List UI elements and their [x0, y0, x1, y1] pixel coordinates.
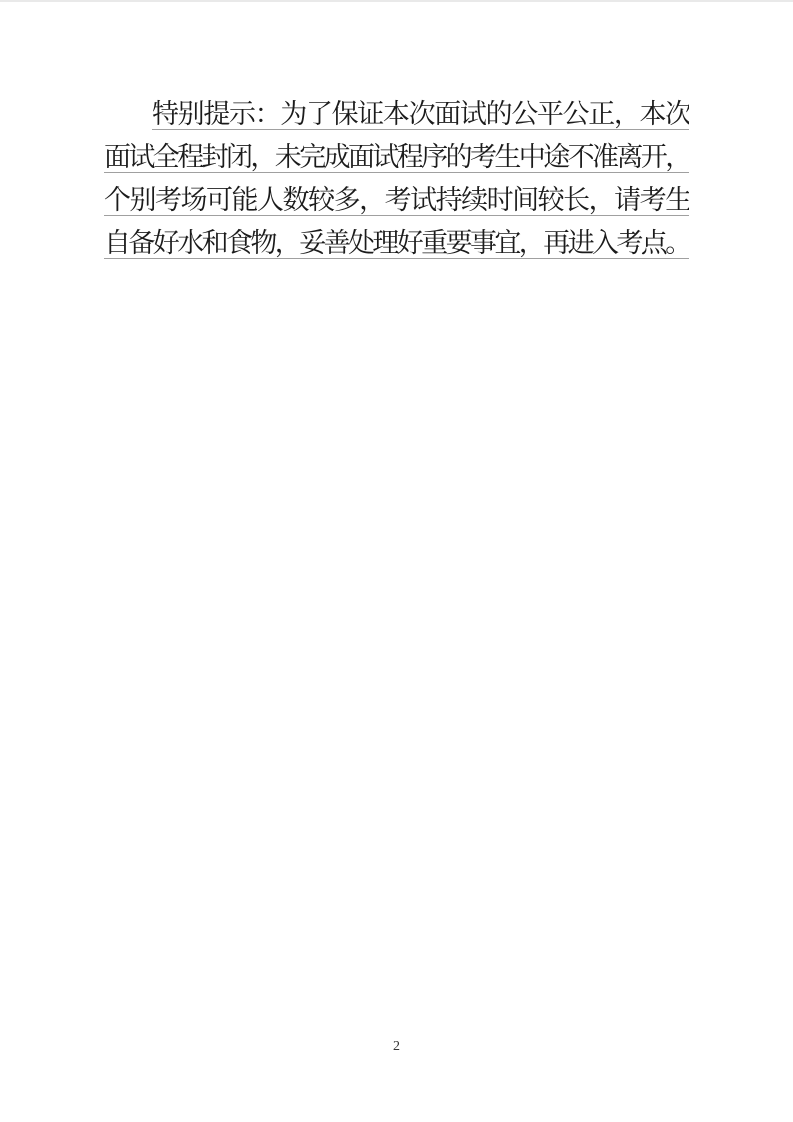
paragraph-line-3: 个别考场可能人数较多，考试持续时间较长，请考生: [104, 179, 689, 222]
paragraph-line-1: 特别提示：为了保证本次面试的公平公正，本次: [104, 93, 689, 136]
notice-paragraph: 特别提示：为了保证本次面试的公平公正，本次 面试全程封闭，未完成面试程序的考生中…: [104, 93, 689, 265]
paragraph-line-4: 自备好水和食物，妥善处理好重要事宜，再进入考点。: [104, 222, 689, 265]
document-page: 特别提示：为了保证本次面试的公平公正，本次 面试全程封闭，未完成面试程序的考生中…: [0, 0, 793, 1122]
page-top-edge-line: [0, 0, 793, 2]
page-number: 2: [0, 1038, 793, 1056]
paragraph-line-1-text: 特别提示：为了保证本次面试的公平公正，本次: [152, 99, 689, 129]
paragraph-line-4-text: 自备好水和食物，妥善处理好重要事宜，再进入考点。: [104, 228, 689, 258]
paragraph-line-2-text: 面试全程封闭，未完成面试程序的考生中途不准离开，: [104, 142, 689, 172]
paragraph-line-2: 面试全程封闭，未完成面试程序的考生中途不准离开，: [104, 136, 689, 179]
paragraph-line-3-text: 个别考场可能人数较多，考试持续时间较长，请考生: [104, 185, 689, 215]
